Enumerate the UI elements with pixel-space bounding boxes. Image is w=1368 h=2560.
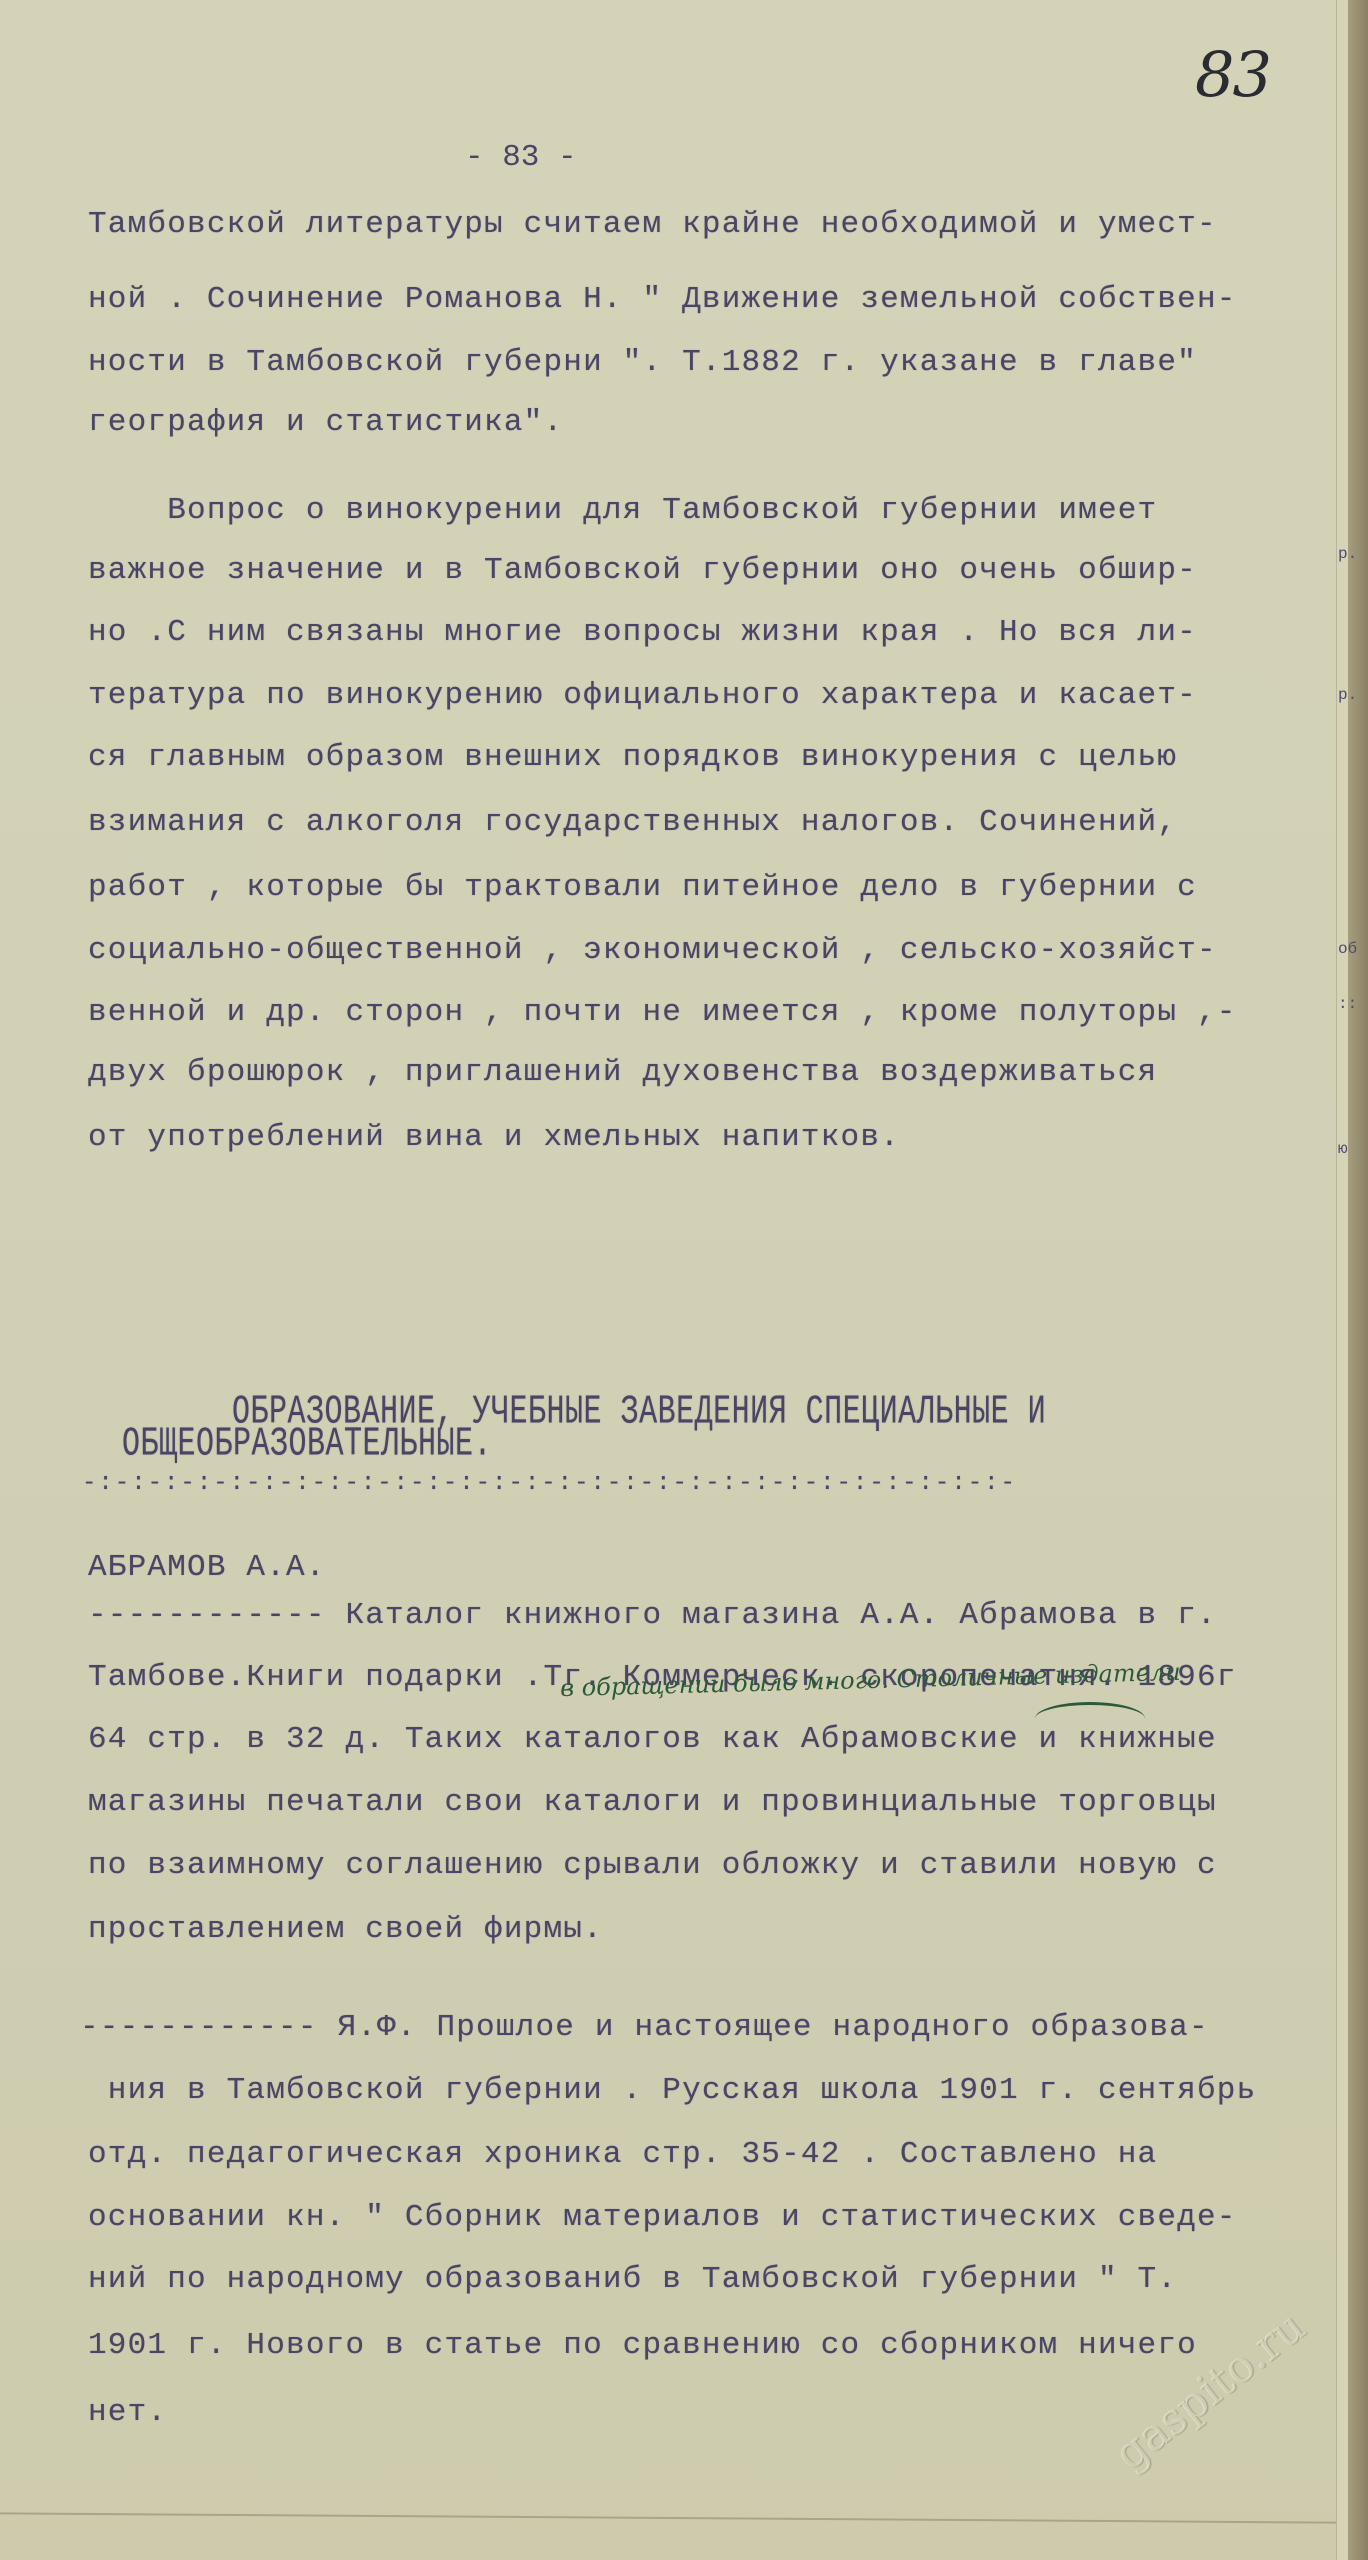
- edge-mark: р.: [1338, 686, 1357, 704]
- text-line: география и статистика".: [88, 405, 563, 440]
- text-line: магазины печатали свои каталоги и провин…: [88, 1785, 1217, 1820]
- text-line: но .С ним связаны многие вопросы жизни к…: [88, 615, 1197, 650]
- section-heading-line-2: ОБЩЕОБРАЗОВАТЕЛЬНЫЕ.: [122, 1422, 492, 1468]
- text-line: нет.: [88, 2395, 167, 2430]
- text-line: двух брошюрок , приглашений духовенства …: [88, 1055, 1157, 1090]
- text-line: проставлением своей фирмы.: [88, 1912, 603, 1947]
- text-line: ний по народному образованиб в Тамбовско…: [88, 2262, 1177, 2297]
- text-line: ------------ Каталог книжного магазина А…: [88, 1598, 1217, 1633]
- text-line: ------------ Я.Ф. Прошлое и настоящее на…: [80, 2010, 1209, 2045]
- text-line: от употреблений вина и хмельных напитков…: [88, 1120, 900, 1155]
- section-separator: -:-:-:-:-:-:-:-:-:-:-:-:-:-:-:-:-:-:-:-:…: [82, 1470, 1017, 1497]
- text-line: Тамбовской литературы считаем крайне нео…: [88, 207, 1217, 242]
- text-line: работ , которые бы трактовали питейное д…: [88, 870, 1197, 905]
- text-line: социально-общественной , экономической ,…: [88, 933, 1217, 968]
- edge-mark: ю: [1338, 1140, 1348, 1158]
- text-line: основании кн. " Сборник материалов и ста…: [88, 2200, 1237, 2235]
- text-line: взимания с алкоголя государственных нало…: [88, 805, 1177, 840]
- text-line: по взаимному соглашению срывали обложку …: [88, 1848, 1217, 1883]
- text-line: тература по винокурению официального хар…: [88, 678, 1197, 713]
- archive-page-number: 83: [1195, 38, 1270, 111]
- typed-page-number: - 83 -: [465, 140, 577, 175]
- text-line: отд. педагогическая хроника стр. 35-42 .…: [88, 2137, 1157, 2172]
- page-fold-line: [0, 2512, 1340, 2523]
- text-line: венной и др. сторон , почти не имеется ,…: [88, 995, 1237, 1030]
- text-line: Вопрос о винокурении для Тамбовской губе…: [88, 493, 1157, 528]
- edge-mark: р.: [1338, 545, 1357, 563]
- text-line: ния в Тамбовской губернии . Русская школ…: [88, 2073, 1256, 2108]
- text-line: ности в Тамбовской губерни ". Т.1882 г. …: [88, 345, 1197, 380]
- text-line: важное значение и в Тамбовской губернии …: [88, 553, 1197, 588]
- entry-author: АБРАМОВ А.А.: [88, 1550, 326, 1585]
- edge-mark: ::: [1338, 995, 1357, 1013]
- binding-shadow: [1348, 0, 1368, 2560]
- edge-mark: об: [1338, 940, 1357, 958]
- text-line: ся главным образом внешних порядков вино…: [88, 740, 1177, 775]
- text-line: 1901 г. Нового в статье по сравнению со …: [88, 2328, 1197, 2363]
- text-line: 64 стр. в 32 д. Таких каталогов как Абра…: [88, 1722, 1217, 1757]
- text-line: ной . Сочинение Романова Н. " Движение з…: [88, 282, 1237, 317]
- document-page: 83 - 83 - Тамбовской литературы считаем …: [0, 0, 1336, 2560]
